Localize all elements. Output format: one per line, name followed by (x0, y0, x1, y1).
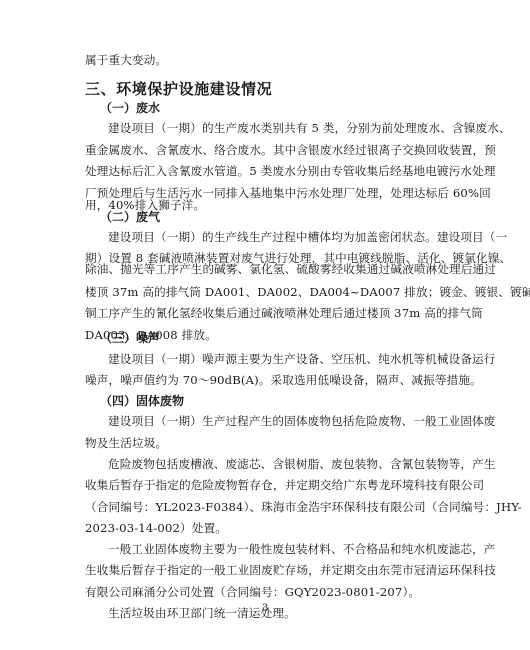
subsection-title-wastewater: （一）废水 (100, 101, 160, 115)
text-line: 楼顶 37m 高的排气筒 DA001、DA002、DA004~DA007 排放；… (85, 285, 453, 299)
text-line: 处理达标后汇入含氰废水管道。5 类废水分别由专管收集后经基地电镀污水处理 (85, 164, 453, 178)
text-line: 铜工序产生的氰化氢经收集后通过碱液喷淋处理后通过楼顶 37m 高的排气筒 (85, 306, 453, 320)
text-line: 收集后暂存于指定的危险废物暂存仓，并定期交给广东粤龙环境科技有限公司 (85, 478, 453, 492)
text-line: 2023-03-14-002）处置。 (85, 521, 453, 535)
subsection-title-solid-waste: （四）固体废物 (100, 394, 184, 408)
text-line: 有限公司麻涌分公司处置（合同编号：GQY2023-0801-207）。 (85, 585, 453, 599)
text-line: 生活垃圾由环卫部门统一清运处理。 (108, 606, 453, 620)
text-line: 一般工业固体废物主要为一般性废包装材料、不合格品和纯水机废滤芯，产 (108, 542, 453, 556)
text-line: 属于重大变动。 (85, 53, 453, 67)
section-heading: 三、环境保护设施建设情况 (85, 80, 272, 98)
text-line: 重金属废水、含氰废水、络合废水。其中含银废水经过银离子交换回收装置，预 (85, 143, 453, 157)
text-line: 建设项目（一期）生产过程产生的固体废物包括危险废物、一般工业固体废 (108, 414, 453, 428)
text-line: 物及生活垃圾。 (85, 436, 453, 450)
document-page: 属于重大变动。 三、环境保护设施建设情况 （一）废水 建设项目（一期）的生产废水… (0, 0, 530, 650)
page-number: 3 (262, 603, 268, 614)
text-line: （合同编号：YL2023-F0384）、珠海市金浩宇环保科技有限公司（合同编号：… (85, 500, 453, 514)
text-line: 建设项目（一期）的生产线生产过程中槽体均为加盖密闭状态。建设项目（一 (108, 230, 453, 244)
text-line: 危险废物包括废槽液、废滤芯、含银树脂、废包装物、含氰包装物等，产生 (108, 457, 453, 471)
text-line: 生收集后暂存于指定的一般工业固废贮存场，并定期交由东莞市冠清运环保科技 (85, 563, 453, 577)
text-line: 除油、抛光等工序产生的碱雾、氯化氢、硫酸雾经收集通过碱液喷淋处理后通过 (85, 262, 453, 276)
text-line: 建设项目（一期）噪声源主要为生产设备、空压机、纯水机等机械设备运行 (108, 352, 453, 366)
subsection-title-exhaust-gas: （二）废气 (100, 210, 160, 224)
subsection-title-noise: （三）噪声 (100, 331, 160, 345)
text-line: 建设项目（一期）的生产废水类别共有 5 类，分别为前处理废水、含镍废水、 (108, 121, 453, 135)
text-line: 噪声，噪声值约为 70～90dB(A)。采取选用低噪设备，隔声、减振等措施。 (85, 373, 453, 387)
